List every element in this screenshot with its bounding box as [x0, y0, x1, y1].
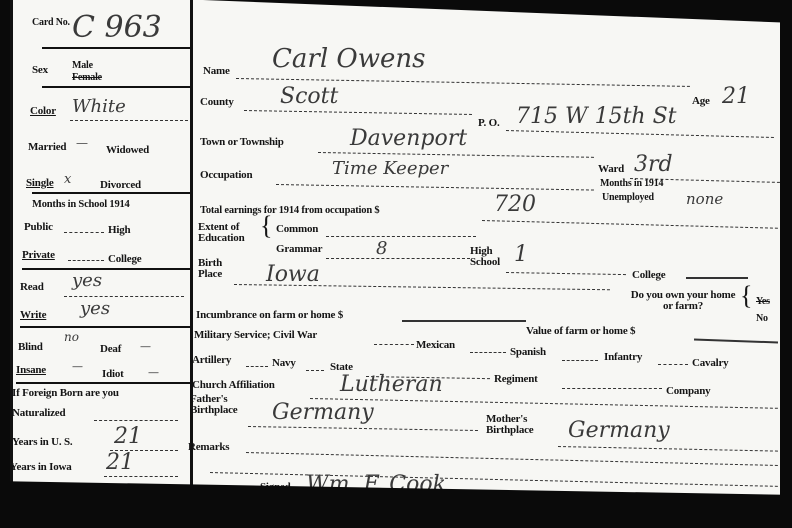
- field-line: [482, 220, 778, 229]
- years-iowa-value: 21: [106, 450, 134, 475]
- years-iowa-label: Years in Iowa: [10, 462, 72, 473]
- ward-label: Ward: [598, 164, 624, 175]
- brace: {: [740, 290, 752, 301]
- years-us-value: 21: [114, 424, 142, 449]
- value-value-line: [694, 339, 778, 344]
- college-label: College: [632, 270, 665, 281]
- naturalized-label: Naturalized: [12, 408, 65, 419]
- color-value: White: [72, 96, 126, 117]
- sex-label: Sex: [32, 65, 48, 76]
- divider: [20, 326, 190, 328]
- years-us-label: Years in U. S.: [12, 437, 72, 448]
- age-value: 21: [722, 84, 750, 109]
- field-line: [276, 184, 594, 191]
- married-value: —: [76, 136, 88, 150]
- field-line: [506, 130, 774, 138]
- brace: {: [260, 220, 272, 231]
- navy-label: Navy: [272, 358, 296, 369]
- military-label: Military Service; Civil War: [194, 330, 317, 341]
- high-school-value: 1: [514, 242, 528, 267]
- months-1914-label: Months in 1914: [600, 178, 663, 189]
- artillery-label: Artillery: [192, 355, 231, 366]
- field-line: [68, 260, 104, 261]
- father-birthplace-label: Father's Birthplace: [190, 394, 250, 416]
- mother-birthplace-value: Germany: [568, 418, 670, 443]
- field-line: [244, 110, 472, 115]
- census-card: Card No. C 963 Sex Male Female Color Whi…: [10, 0, 782, 500]
- field-line: [64, 296, 184, 297]
- field-line: [562, 360, 598, 361]
- own-option-no: No: [756, 313, 768, 324]
- county-label: County: [200, 97, 234, 108]
- church-value: Lutheran: [340, 372, 443, 397]
- field-line: [248, 426, 478, 431]
- field-line: [70, 120, 188, 121]
- field-line: [306, 370, 324, 371]
- field-line: [326, 236, 476, 237]
- field-line: [234, 284, 610, 290]
- foreign-born-label: If Foreign Born are you: [12, 388, 119, 399]
- common-label: Common: [276, 224, 318, 235]
- earnings-value: 720: [494, 192, 536, 217]
- field-line: [64, 232, 104, 233]
- field-line: [562, 388, 662, 389]
- college-value-line: [686, 277, 748, 279]
- field-line: [506, 272, 626, 275]
- field-line: [470, 352, 506, 353]
- sex-option-female: Female: [72, 72, 102, 83]
- remarks-label: Remarks: [188, 442, 229, 453]
- divider: [22, 268, 190, 270]
- age-label: Age: [692, 96, 710, 107]
- town-label: Town or Township: [200, 137, 284, 148]
- college-left-label: College: [108, 254, 141, 265]
- earnings-label: Total earnings for 1914 from occupation …: [200, 205, 379, 216]
- mexican-label: Mexican: [416, 340, 455, 351]
- cavalry-label: Cavalry: [692, 358, 728, 369]
- scan-border-right: [780, 0, 792, 528]
- write-value: yes: [80, 298, 110, 319]
- blind-value: no: [64, 330, 79, 344]
- birth-place-value: Iowa: [266, 262, 320, 287]
- value-label: Value of farm or home $: [526, 326, 635, 337]
- field-line: [94, 420, 178, 421]
- spanish-label: Spanish: [510, 347, 546, 358]
- unemployed-label: Unemployed: [602, 192, 654, 203]
- insane-value: —: [72, 360, 83, 373]
- remarks-line: [246, 452, 778, 466]
- card-left-edge: [10, 0, 13, 500]
- incumbrance-value-line: [402, 320, 526, 322]
- public-label: Public: [24, 222, 53, 233]
- color-label: Color: [30, 106, 56, 117]
- ward-value: 3rd: [634, 152, 673, 177]
- extent-education-label: Extent of Education: [198, 222, 258, 244]
- field-line: [326, 258, 470, 259]
- field-line: [374, 344, 414, 345]
- company-label: Company: [666, 386, 710, 397]
- divider: [42, 86, 190, 88]
- father-birthplace-value: Germany: [272, 400, 374, 425]
- column-divider: [190, 0, 193, 500]
- divider: [32, 192, 190, 194]
- high-school-label: High School: [470, 246, 508, 268]
- occupation-value: Time Keeper: [332, 158, 448, 179]
- divider: [16, 382, 190, 384]
- unemployed-value: none: [686, 190, 723, 208]
- occupation-label: Occupation: [200, 170, 252, 181]
- single-value: x: [64, 172, 71, 187]
- church-label: Church Affiliation: [192, 380, 275, 391]
- field-line: [318, 152, 594, 158]
- high-label: High: [108, 225, 130, 236]
- mother-birthplace-label: Mother's Birthplace: [486, 414, 550, 436]
- birth-place-label: Birth Place: [198, 258, 228, 280]
- sex-option-male: Male: [72, 60, 93, 71]
- incumbrance-label: Incumbrance on farm or home $: [196, 310, 343, 321]
- divorced-label: Divorced: [100, 180, 141, 191]
- field-line: [558, 446, 778, 452]
- idiot-value: —: [148, 366, 159, 379]
- idiot-label: Idiot: [102, 369, 124, 380]
- field-line: [310, 398, 778, 409]
- name-value: Carl Owens: [272, 44, 425, 74]
- read-label: Read: [20, 282, 44, 293]
- divider: [42, 47, 190, 49]
- deaf-value: —: [140, 340, 151, 353]
- field-line: [246, 366, 268, 367]
- private-label: Private: [22, 250, 55, 261]
- own-option-yes: Yes: [756, 296, 770, 307]
- blind-label: Blind: [18, 342, 43, 353]
- county-value: Scott: [280, 84, 338, 109]
- deaf-label: Deaf: [100, 344, 121, 355]
- name-label: Name: [203, 66, 230, 77]
- married-label: Married: [28, 142, 66, 153]
- card-no-label: Card No.: [32, 18, 70, 28]
- scan-border-left: [0, 0, 10, 528]
- regiment-label: Regiment: [494, 374, 538, 385]
- own-home-label: Do you own your home or farm?: [628, 290, 738, 312]
- field-line: [658, 364, 688, 365]
- single-label: Single: [26, 178, 54, 189]
- card-no-value: C 963: [72, 10, 162, 45]
- infantry-label: Infantry: [604, 352, 642, 363]
- po-label: P. O.: [478, 118, 500, 129]
- po-value: 715 W 15th St: [516, 104, 677, 129]
- town-value: Davenport: [350, 126, 467, 151]
- grammar-value: 8: [376, 238, 387, 259]
- field-line: [104, 476, 178, 477]
- insane-label: Insane: [16, 365, 46, 376]
- read-value: yes: [72, 270, 102, 291]
- grammar-label: Grammar: [276, 244, 322, 255]
- months-school-header: Months in School 1914: [32, 199, 130, 210]
- widowed-label: Widowed: [106, 145, 149, 156]
- remarks-line: [210, 472, 778, 487]
- write-label: Write: [20, 310, 46, 321]
